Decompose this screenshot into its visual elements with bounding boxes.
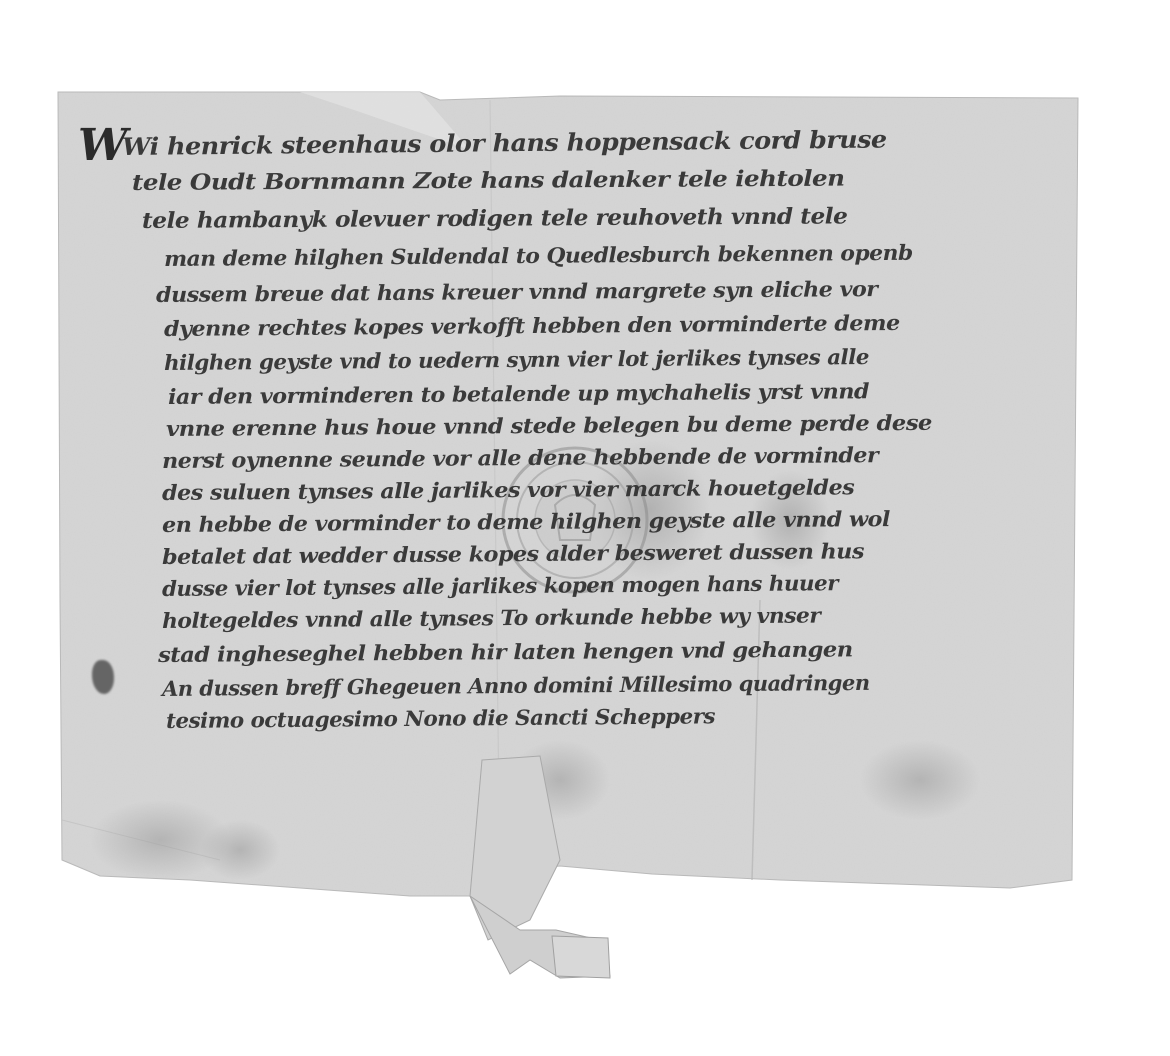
decorated-initial: W: [78, 120, 127, 171]
parchment-sheet: [0, 0, 1170, 1056]
margin-ink-blot: [92, 660, 114, 694]
document-scan: W Wi henrick steenhaus olor hans hoppens…: [0, 0, 1170, 1056]
